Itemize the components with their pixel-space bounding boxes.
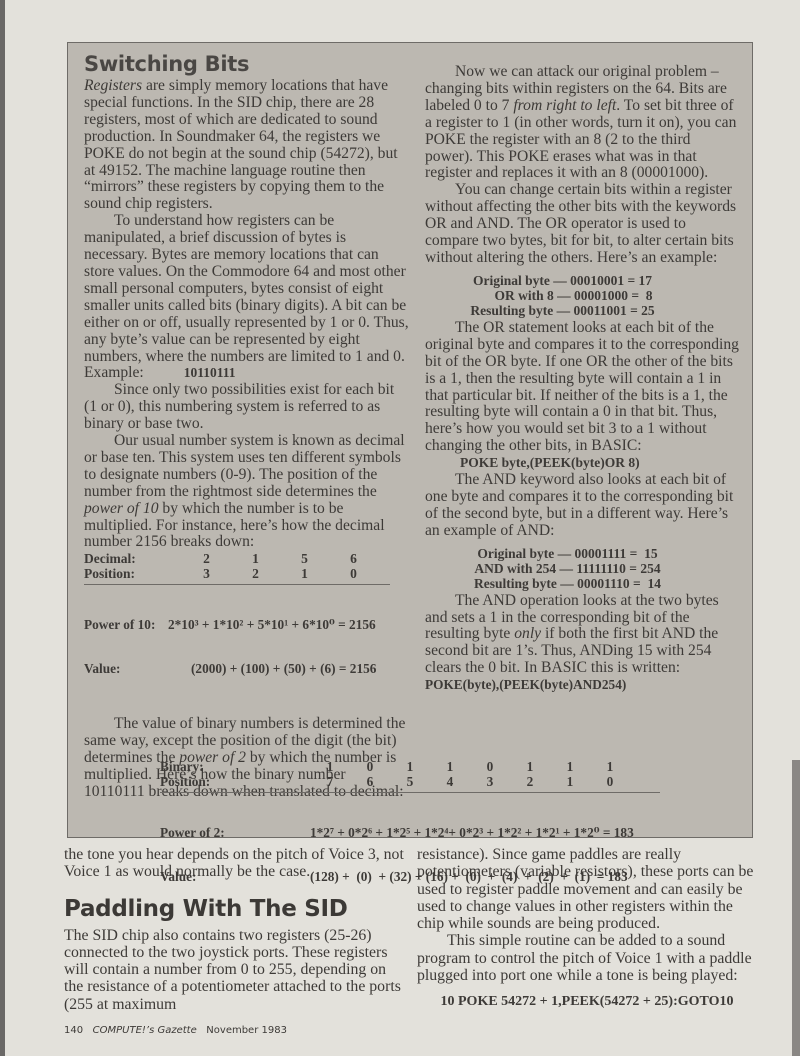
sidebar-paragraph: Now we can attack our original problem –… — [425, 64, 740, 182]
position-label: Position: — [160, 775, 310, 790]
basic-code-line: 10 POKE 54272 + 1,PEEK(54272 + 25):GOTO1… — [417, 993, 757, 1010]
decimal-breakdown-table: Decimal: 2 1 5 6 Position: 3 2 1 0 Power… — [84, 552, 409, 705]
and-example: Original byte — 00001111 = 15 AND with 2… — [425, 546, 710, 591]
article-left-column: the tone you hear depends on the pitch o… — [64, 846, 404, 1013]
issue-date: November 1983 — [206, 1025, 287, 1036]
power-label: Power of 10: — [84, 618, 168, 633]
or-code-snippet: POKE byte,(PEEK(byte)OR 8) — [425, 455, 740, 472]
bit-value: 1 — [430, 760, 470, 775]
italic-term: Registers — [84, 77, 142, 94]
article-right-column: resistance). Since game paddles are real… — [417, 846, 757, 1011]
value-expression: (2000) + (100) + (50) + (6) = 2156 — [191, 661, 376, 676]
italic-term: power of 10 — [84, 500, 159, 517]
decimal-label: Decimal: — [84, 552, 182, 567]
decimal-digit: 1 — [231, 552, 280, 567]
sidebar-paragraph: The AND keyword also looks at each bit o… — [425, 472, 740, 540]
article-paragraph: resistance). Since game paddles are real… — [417, 846, 757, 932]
bit-value: 0 — [350, 760, 390, 775]
sidebar-paragraph: Since only two possibilities exist for e… — [84, 382, 409, 433]
decimal-digit: 5 — [280, 552, 329, 567]
position-value: 2 — [231, 567, 280, 582]
paragraph-text: are simply memory locations that have sp… — [84, 77, 398, 212]
and-code-snippet: POKE(byte),(PEEK(byte)AND254) — [425, 677, 626, 692]
paragraph-text: Our usual number system is known as deci… — [84, 432, 405, 500]
or-example: Original byte — 00010001 = 17 OR with 8 … — [425, 273, 700, 318]
bit-value: 1 — [590, 760, 630, 775]
page-edge-shadow-right — [792, 760, 800, 1056]
page-edge-shadow — [0, 0, 5, 1056]
example-line: Resulting byte — 00001110 = 14 — [425, 576, 710, 591]
table-divider — [160, 792, 660, 793]
table-divider — [84, 584, 390, 585]
bit-value: 1 — [390, 760, 430, 775]
sidebar-title: Switching Bits — [84, 52, 409, 76]
position-value: 5 — [390, 775, 430, 790]
position-value: 2 — [510, 775, 550, 790]
binary-example: 10110111 — [184, 365, 236, 380]
sidebar-paragraph: The OR statement looks at each bit of th… — [425, 320, 740, 455]
sidebar-paragraph: Our usual number system is known as deci… — [84, 433, 409, 551]
example-line: AND with 254 — 11111110 = 254 — [425, 561, 710, 576]
sidebar-paragraph: The AND operation looks at the two bytes… — [425, 593, 740, 694]
decimal-digit: 6 — [329, 552, 378, 567]
example-line: Original byte — 00001111 = 15 — [425, 546, 710, 561]
bit-value: 1 — [310, 760, 350, 775]
article-paragraph: The SID chip also contains two registers… — [64, 927, 404, 1013]
example-line: Resulting byte — 00011001 = 25 — [425, 303, 700, 318]
article-paragraph: This simple routine can be added to a so… — [417, 932, 757, 984]
power-label: Power of 2: — [160, 826, 310, 841]
italic-term: from right to left — [513, 97, 616, 114]
sidebar-left-column: Switching Bits Registers are simply memo… — [84, 52, 409, 801]
section-title: Paddling With The SID — [64, 895, 404, 923]
position-value: 6 — [350, 775, 390, 790]
sidebar-paragraph: You can change certain bits within a reg… — [425, 182, 740, 267]
bit-value: 1 — [510, 760, 550, 775]
power-expression: 2*10³ + 1*10² + 5*10¹ + 6*10⁰ = 2156 — [168, 617, 376, 632]
example-line: Original byte — 00010001 = 17 — [425, 273, 700, 288]
position-value: 7 — [310, 775, 350, 790]
power-expression: 1*2⁷ + 0*2⁶ + 1*2⁵ + 1*2⁴+ 0*2³ + 1*2² +… — [310, 825, 634, 840]
italic-term: only — [514, 625, 541, 642]
binary-label: Binary: — [160, 760, 310, 775]
example-line: OR with 8 — 00001000 = 8 — [425, 288, 700, 303]
position-value: 3 — [182, 567, 231, 582]
position-value: 1 — [550, 775, 590, 790]
sidebar-paragraph: To understand how registers can be manip… — [84, 213, 409, 382]
page-number: 140 — [64, 1025, 83, 1036]
position-value: 3 — [470, 775, 510, 790]
position-value: 0 — [329, 567, 378, 582]
article-paragraph: the tone you hear depends on the pitch o… — [64, 846, 404, 881]
position-value: 4 — [430, 775, 470, 790]
position-label: Position: — [84, 567, 182, 582]
decimal-digit: 2 — [182, 552, 231, 567]
position-value: 0 — [590, 775, 630, 790]
sidebar-paragraph: Registers are simply memory locations th… — [84, 78, 409, 213]
bit-value: 0 — [470, 760, 510, 775]
bit-value: 1 — [550, 760, 590, 775]
value-label: Value: — [84, 662, 191, 677]
page-footer: 140 COMPUTE!’s Gazette November 1983 — [64, 1025, 287, 1036]
magazine-name: COMPUTE!’s Gazette — [93, 1025, 197, 1036]
position-value: 1 — [280, 567, 329, 582]
sidebar-right-column: Now we can attack our original problem –… — [425, 64, 740, 694]
paragraph-text: To understand how registers can be manip… — [84, 212, 409, 381]
